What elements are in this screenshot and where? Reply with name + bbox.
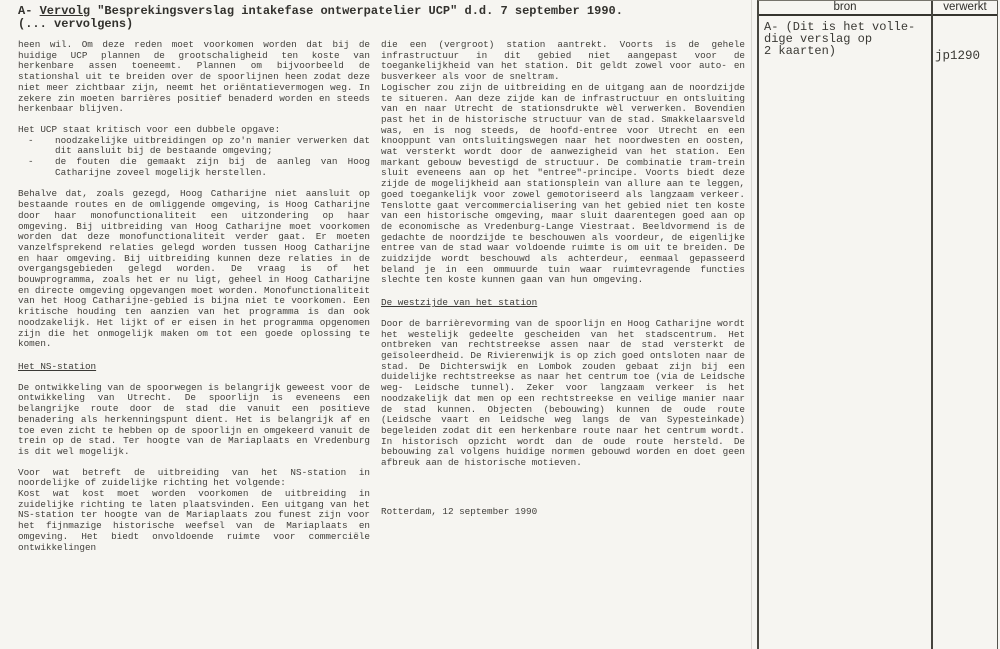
text-column-right: die een (vergroot) station aantrekt. Voo…: [381, 40, 745, 563]
bullet-list: - noodzakelijke uitbreidingen op zo'n ma…: [18, 136, 370, 179]
title-prefix: A-: [18, 4, 40, 18]
list-item-dash: -: [28, 136, 34, 147]
list-item-dash: -: [28, 157, 34, 168]
title-rest: "Besprekingsverslag intakefase ontwerpat…: [90, 4, 623, 18]
document-area: A- Vervolg "Besprekingsverslag intakefas…: [18, 5, 746, 563]
section-heading-ns-station: Het NS-station: [18, 362, 370, 373]
paragraph: Door de barrièrevorming van de spoorlijn…: [381, 319, 745, 469]
document-title-line2: (... vervolgens): [18, 18, 746, 31]
index-table: bron verwerkt A- (Dit is het volle- dige…: [757, 0, 998, 649]
title-underlined-word: Vervolg: [40, 4, 90, 18]
text-column-left: heen wil. Om deze reden moet voorkomen w…: [18, 40, 370, 563]
bron-note: A- (Dit is het volle- dige verslag op 2 …: [764, 21, 930, 57]
table-column-divider: [931, 1, 933, 649]
section-heading-westzijde: De westzijde van het station: [381, 298, 745, 309]
paragraph: Kost wat kost moet worden voorkomen de u…: [18, 489, 370, 553]
list-item: - de fouten die gemaakt zijn bij de aanl…: [18, 157, 370, 178]
paragraph: Logischer zou zijn de uitbreiding en de …: [381, 83, 745, 286]
list-item-text: de fouten die gemaakt zijn bij de aanleg…: [55, 157, 370, 178]
paragraph: die een (vergroot) station aantrekt. Voo…: [381, 40, 745, 83]
scanned-document-page: A- Vervolg "Besprekingsverslag intakefas…: [0, 0, 1000, 649]
column-header-bron: bron: [759, 1, 931, 14]
list-item: - noodzakelijke uitbreidingen op zo'n ma…: [18, 136, 370, 157]
paragraph: De ontwikkeling van de spoorwegen is bel…: [18, 383, 370, 458]
table-right-border: [997, 1, 998, 649]
card-edge-line: [751, 0, 752, 649]
text-columns: heen wil. Om deze reden moet voorkomen w…: [18, 40, 746, 563]
paragraph: Voor wat betreft de uitbreiding van het …: [18, 468, 370, 489]
list-item-text: noodzakelijke uitbreidingen op zo'n mani…: [55, 136, 370, 157]
verwerkt-code: jp1290: [935, 49, 980, 63]
table-header-rule: [759, 14, 998, 16]
paragraph: heen wil. Om deze reden moet voorkomen w…: [18, 40, 370, 115]
column-header-verwerkt: verwerkt: [933, 1, 997, 14]
paragraph: Behalve dat, zoals gezegd, Hoog Catharij…: [18, 189, 370, 350]
place-date-line: Rotterdam, 12 september 1990: [381, 507, 745, 518]
